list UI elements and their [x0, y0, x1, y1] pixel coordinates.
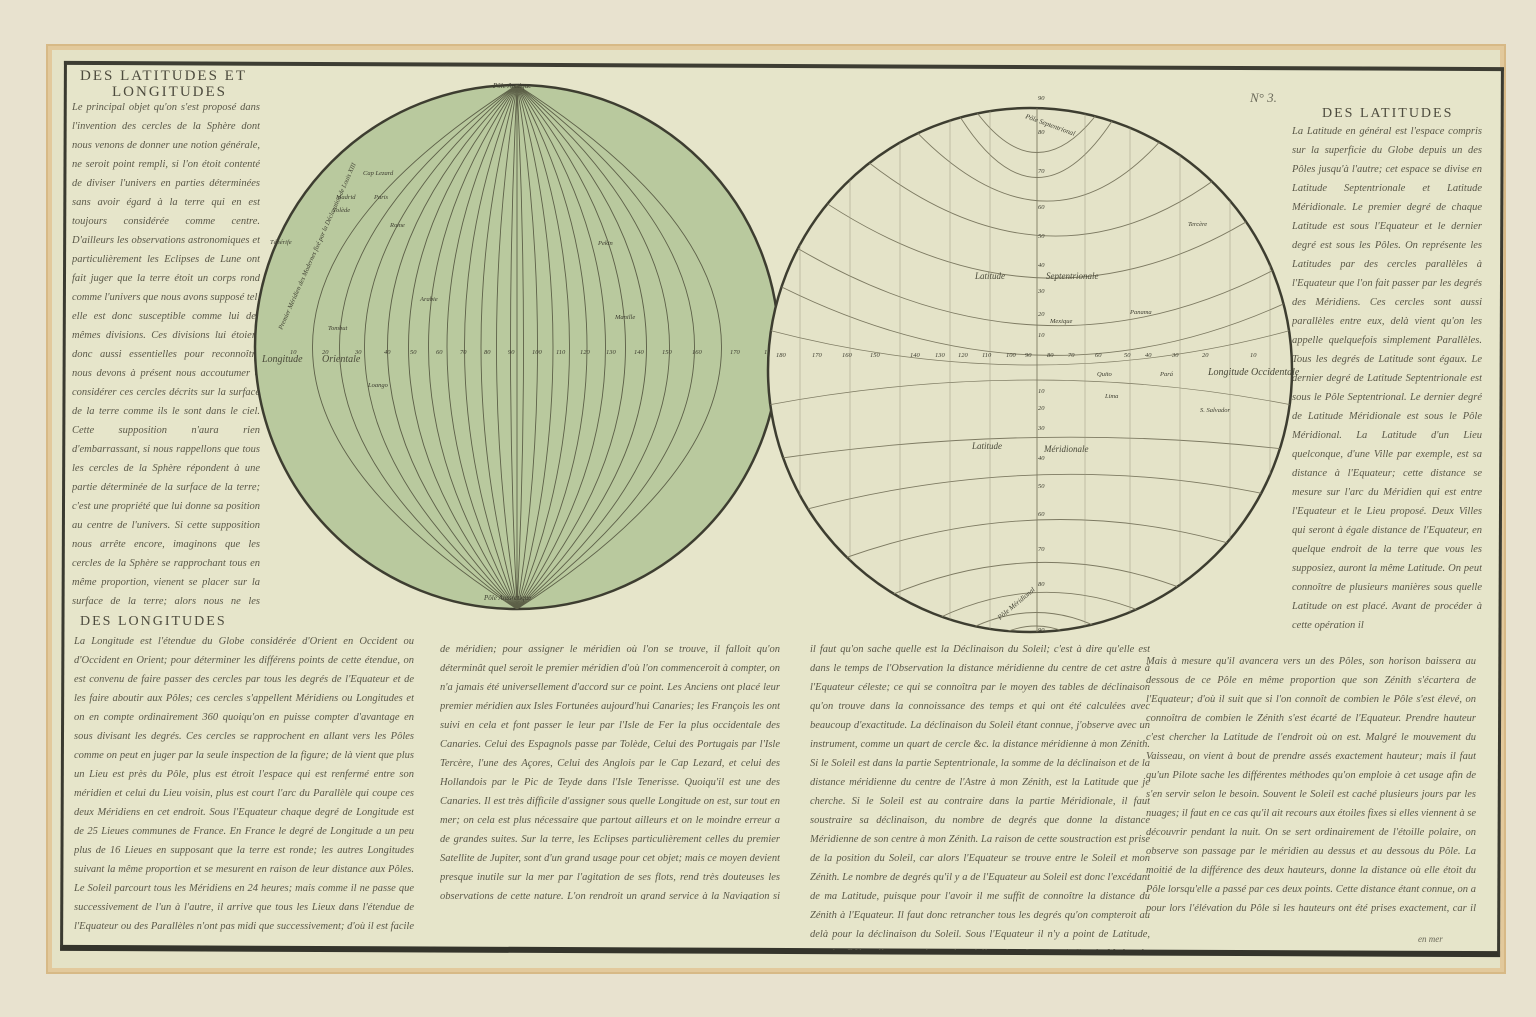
svg-text:30: 30 [1037, 288, 1045, 295]
svg-text:70: 70 [1038, 168, 1045, 175]
svg-text:40: 40 [1038, 455, 1045, 462]
svg-text:110: 110 [556, 349, 566, 356]
svg-text:130: 130 [606, 349, 617, 356]
svg-text:120: 120 [580, 349, 591, 356]
svg-text:Paris: Paris [373, 194, 389, 201]
svg-text:Tercère: Tercère [1188, 221, 1207, 228]
svg-text:Cap Lezard: Cap Lezard [363, 170, 394, 177]
svg-text:Longitude Occidentale: Longitude Occidentale [1207, 367, 1300, 378]
svg-text:60: 60 [1095, 352, 1102, 359]
svg-text:90: 90 [1038, 627, 1045, 634]
svg-text:100: 100 [1006, 352, 1017, 359]
svg-text:40: 40 [1145, 352, 1152, 359]
svg-text:140: 140 [634, 349, 645, 356]
svg-text:170: 170 [730, 349, 741, 356]
svg-text:Ténérife: Ténérife [270, 239, 292, 246]
svg-text:90: 90 [1025, 352, 1032, 359]
svg-text:20: 20 [1038, 405, 1045, 412]
svg-text:40: 40 [384, 349, 391, 356]
svg-text:10: 10 [1038, 388, 1045, 395]
svg-text:20: 20 [1038, 311, 1045, 318]
svg-text:130: 130 [935, 352, 946, 359]
svg-text:50: 50 [1038, 483, 1045, 490]
svg-text:120: 120 [958, 352, 969, 359]
longitudes-heading: DES LONGITUDES [80, 614, 227, 630]
svg-text:Arabie: Arabie [419, 296, 438, 303]
svg-text:Manille: Manille [614, 314, 635, 321]
svg-text:Rome: Rome [389, 222, 405, 229]
svg-text:Pará: Pará [1159, 371, 1174, 378]
engraver-mark: en mer [1418, 934, 1443, 944]
svg-text:180: 180 [776, 352, 787, 359]
svg-text:60: 60 [1038, 511, 1045, 518]
svg-text:Mexique: Mexique [1049, 318, 1072, 325]
svg-text:150: 150 [662, 349, 673, 356]
svg-text:80: 80 [1038, 129, 1045, 136]
svg-text:Méridionale: Méridionale [1043, 444, 1089, 454]
svg-text:140: 140 [910, 352, 921, 359]
svg-text:160: 160 [692, 349, 703, 356]
svg-text:110: 110 [982, 352, 992, 359]
svg-text:Septentrionale: Septentrionale [1046, 271, 1099, 281]
svg-text:30: 30 [354, 349, 362, 356]
longitudes-col-3: il faut qu'on sache quelle est la Déclin… [810, 640, 1150, 950]
svg-text:Longitude: Longitude [261, 354, 303, 365]
svg-text:150: 150 [870, 352, 881, 359]
svg-text:10: 10 [1250, 352, 1257, 359]
svg-text:Quito: Quito [1097, 371, 1113, 378]
svg-text:10: 10 [290, 349, 297, 356]
svg-text:Panama: Panama [1129, 309, 1152, 316]
svg-text:90: 90 [508, 349, 515, 356]
svg-text:30: 30 [1037, 425, 1045, 432]
svg-text:Pôle Antarctique: Pôle Antarctique [483, 594, 531, 602]
svg-text:20: 20 [322, 349, 329, 356]
svg-text:160: 160 [842, 352, 853, 359]
svg-text:40: 40 [1038, 262, 1045, 269]
svg-text:70: 70 [1038, 546, 1045, 553]
svg-text:Latitude: Latitude [971, 441, 1002, 451]
svg-text:50: 50 [1038, 233, 1045, 240]
svg-text:50: 50 [1124, 352, 1131, 359]
svg-text:80: 80 [1038, 581, 1045, 588]
svg-text:70: 70 [1068, 352, 1075, 359]
svg-text:90: 90 [1038, 95, 1045, 102]
svg-text:60: 60 [436, 349, 443, 356]
svg-text:Latitude: Latitude [974, 271, 1005, 281]
svg-text:10: 10 [1038, 332, 1045, 339]
svg-text:Pekin: Pekin [597, 240, 613, 247]
svg-text:70: 70 [460, 349, 467, 356]
svg-text:S. Salvador: S. Salvador [1200, 407, 1230, 414]
svg-text:170: 170 [812, 352, 823, 359]
svg-text:80: 80 [1047, 352, 1054, 359]
svg-text:20: 20 [1202, 352, 1209, 359]
svg-text:Madrid: Madrid [335, 194, 356, 201]
longitudes-col-1: La Longitude est l'étendue du Globe cons… [74, 632, 414, 938]
svg-text:100: 100 [532, 349, 543, 356]
svg-text:Lima: Lima [1104, 393, 1118, 400]
longitudes-col-4: Mais à mesure qu'il avancera vers un des… [1146, 652, 1476, 914]
svg-text:Tombut: Tombut [328, 325, 347, 332]
left-hemisphere: Pôle Arctique Pôle Antarctique Longitude… [255, 82, 779, 609]
svg-text:60: 60 [1038, 204, 1045, 211]
svg-text:Pôle Arctique: Pôle Arctique [492, 82, 531, 90]
right-hemisphere: Pôle Septentrional Pôle Méridional Latit… [768, 90, 1300, 640]
svg-text:Tolède: Tolède [333, 207, 350, 214]
longitudes-col-2: de méridien; pour assigner le méridien o… [440, 640, 780, 900]
svg-text:30: 30 [1171, 352, 1179, 359]
svg-text:80: 80 [484, 349, 491, 356]
svg-text:Loango: Loango [367, 382, 389, 389]
svg-text:50: 50 [410, 349, 417, 356]
